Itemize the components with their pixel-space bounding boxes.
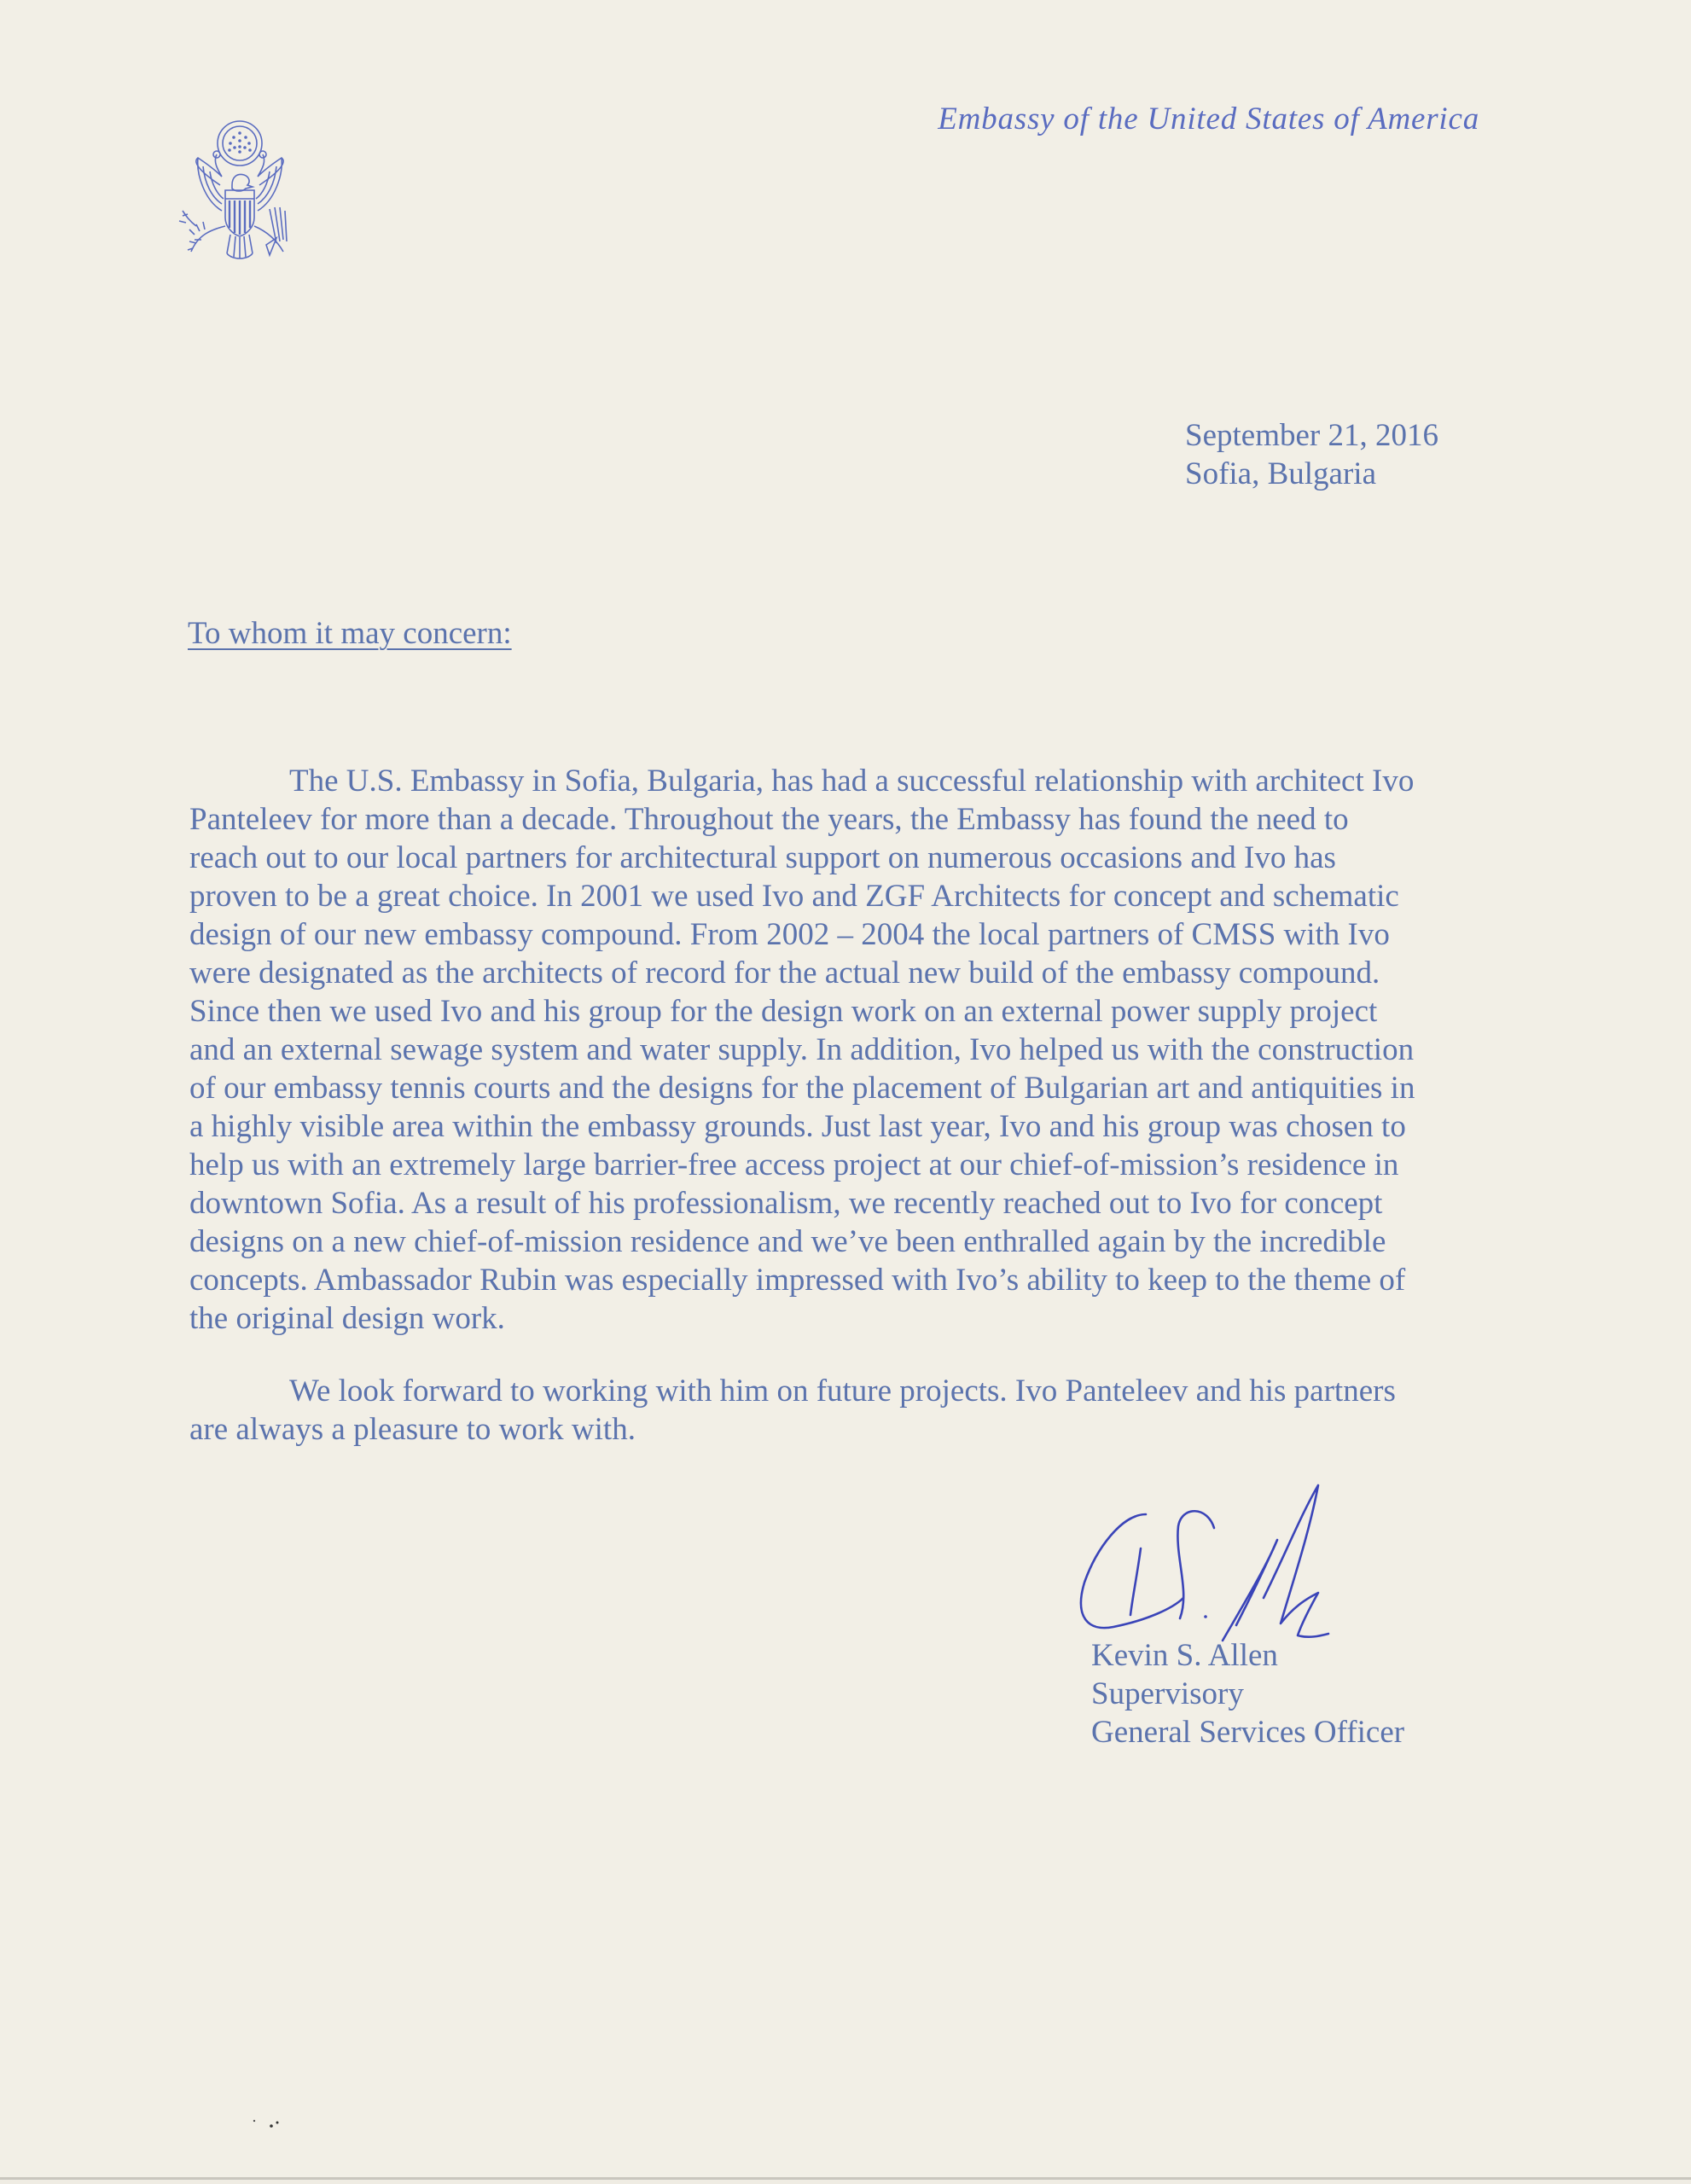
signer-title-line-1: Supervisory (1091, 1675, 1404, 1713)
letterhead-title: Embassy of the United States of America (938, 101, 1479, 137)
signer-name: Kevin S. Allen (1091, 1636, 1404, 1675)
paragraph-line: concepts. Ambassador Rubin was especiall… (189, 1261, 1486, 1299)
paragraph-line: Panteleev for more than a decade. Throug… (189, 800, 1486, 839)
salutation: To whom it may concern: (188, 614, 512, 653)
paragraph-line: The U.S. Embassy in Sofia, Bulgaria, has… (189, 762, 1486, 800)
paper-speck-marks (249, 2116, 283, 2133)
letter-date: September 21, 2016 (1185, 416, 1438, 455)
paragraph-line: are always a pleasure to work with. (189, 1410, 1486, 1449)
signature-block: Kevin S. Allen Supervisory General Servi… (1091, 1636, 1404, 1751)
paragraph-line: Since then we used Ivo and his group for… (189, 992, 1486, 1031)
handwritten-signature-icon (1062, 1480, 1344, 1651)
signer-title-line-2: General Services Officer (1091, 1713, 1404, 1751)
paragraph-line: help us with an extremely large barrier-… (189, 1146, 1486, 1184)
paragraph-line: and an external sewage system and water … (189, 1031, 1486, 1069)
paragraph-line: the original design work. (189, 1299, 1486, 1338)
paragraph-line: designs on a new chief-of-mission reside… (189, 1223, 1486, 1261)
body-paragraph-1: The U.S. Embassy in Sofia, Bulgaria, has… (189, 762, 1486, 1338)
paragraph-line: design of our new embassy compound. From… (189, 915, 1486, 954)
paragraph-line: downtown Sofia. As a result of his profe… (189, 1184, 1486, 1223)
paragraph-line: We look forward to working with him on f… (189, 1372, 1486, 1410)
letter-location: Sofia, Bulgaria (1185, 455, 1438, 493)
paragraph-line: reach out to our local partners for arch… (189, 839, 1486, 877)
date-block: September 21, 2016 Sofia, Bulgaria (1185, 416, 1438, 493)
paragraph-line: of our embassy tennis courts and the des… (189, 1069, 1486, 1107)
paragraph-line: were designated as the architects of rec… (189, 954, 1486, 992)
letter-page: Embassy of the United States of America … (0, 0, 1691, 2180)
paragraph-line: proven to be a great choice. In 2001 we … (189, 877, 1486, 915)
paragraph-line: a highly visible area within the embassy… (189, 1107, 1486, 1146)
great-seal-eagle-icon (171, 115, 309, 269)
body-paragraph-2: We look forward to working with him on f… (189, 1372, 1486, 1449)
